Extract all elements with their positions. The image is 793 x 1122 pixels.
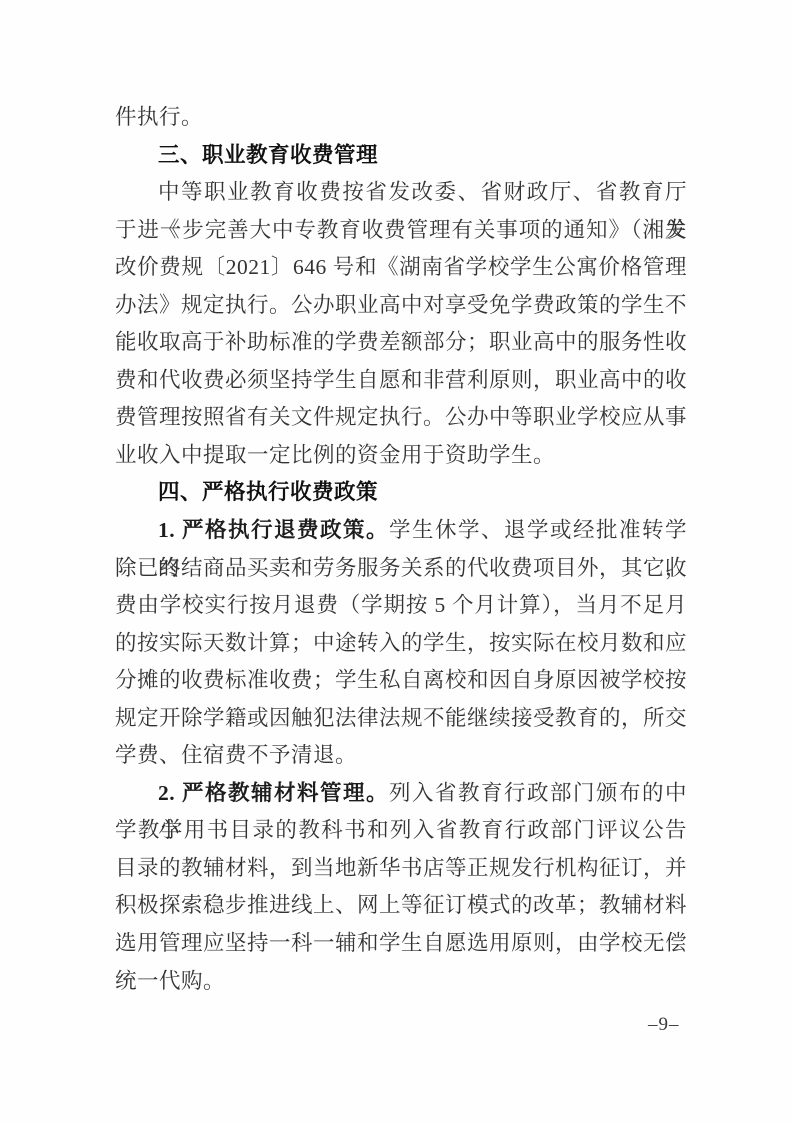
body-text: 规定开除学籍或因触犯法律法规不能继续接受教育的，所交 xyxy=(115,706,687,730)
text-line: 分摊的收费标准收费；学生私自离校和因自身原因被学校按 xyxy=(115,662,687,700)
section-heading: 四、严格执行收费政策 xyxy=(115,474,687,512)
document-content: 件执行。三、职业教育收费管理中等职业教育收费按省发改委、省财政厅、省教育厅《关于… xyxy=(115,99,687,1000)
text-line: 于进一步完善大中专教育收费管理有关事项的通知》（湘发 xyxy=(115,212,687,250)
text-line: 目录的教辅材料，到当地新华书店等正规发行机构征订，并 xyxy=(115,850,687,888)
body-text: 能收取高于补助标准的学费差额部分；职业高中的服务性收 xyxy=(115,330,687,354)
body-text: 积极探索稳步推进线上、网上等征订模式的改革；教辅材料 xyxy=(115,893,687,917)
body-text: 费管理按照省有关文件规定执行。公办中等职业学校应从事 xyxy=(115,405,687,429)
text-line: 件执行。 xyxy=(115,99,687,137)
list-item-line: 2. 严格教辅材料管理。列入省教育行政部门颁布的中小 xyxy=(115,775,687,813)
body-text: 费和代收费必须坚持学生自愿和非营利原则，职业高中的收 xyxy=(115,368,687,392)
body-text: 件执行。 xyxy=(115,105,203,129)
section-heading: 三、职业教育收费管理 xyxy=(115,137,687,175)
text-line: 费由学校实行按月退费（学期按 5 个月计算），当月不足月 xyxy=(115,587,687,625)
document-page: 件执行。三、职业教育收费管理中等职业教育收费按省发改委、省财政厅、省教育厅《关于… xyxy=(0,0,793,1122)
body-text: 目录的教辅材料，到当地新华书店等正规发行机构征订，并 xyxy=(115,856,687,880)
item-lead-text: 2. 严格教辅材料管理。 xyxy=(158,781,389,805)
body-text: 改价费规〔2021〕646 号和《湖南省学校学生公寓价格管理 xyxy=(115,255,687,279)
section-heading-text: 四、严格执行收费政策 xyxy=(158,480,378,504)
text-line: 费管理按照省有关文件规定执行。公办中等职业学校应从事 xyxy=(115,399,687,437)
text-line: 业收入中提取一定比例的资金用于资助学生。 xyxy=(115,437,687,475)
text-line: 办法》规定执行。公办职业高中对享受免学费政策的学生不 xyxy=(115,287,687,325)
body-text: 业收入中提取一定比例的资金用于资助学生。 xyxy=(115,443,555,467)
text-line: 除已终结商品买卖和劳务服务关系的代收费项目外，其它收 xyxy=(115,550,687,588)
text-line: 规定开除学籍或因触犯法律法规不能继续接受教育的，所交 xyxy=(115,700,687,738)
body-text: 除已终结商品买卖和劳务服务关系的代收费项目外，其它收 xyxy=(115,556,687,580)
body-text: 分摊的收费标准收费；学生私自离校和因自身原因被学校按 xyxy=(115,668,687,692)
body-text: 学费、住宿费不予清退。 xyxy=(115,743,357,767)
text-line: 中等职业教育收费按省发改委、省财政厅、省教育厅《关 xyxy=(115,174,687,212)
section-heading-text: 三、职业教育收费管理 xyxy=(158,143,378,167)
text-line: 选用管理应坚持一科一辅和学生自愿选用原则，由学校无偿 xyxy=(115,925,687,963)
page-number: –9– xyxy=(648,1014,680,1036)
list-item-line: 1. 严格执行退费政策。学生休学、退学或经批准转学的， xyxy=(115,512,687,550)
text-line: 积极探索稳步推进线上、网上等征订模式的改革；教辅材料 xyxy=(115,887,687,925)
text-line: 统一代购。 xyxy=(115,963,687,1001)
body-text: 费由学校实行按月退费（学期按 5 个月计算），当月不足月 xyxy=(115,593,687,617)
body-text: 办法》规定执行。公办职业高中对享受免学费政策的学生不 xyxy=(115,293,687,317)
body-text: 统一代购。 xyxy=(115,969,225,993)
item-lead-text: 1. 严格执行退费政策。 xyxy=(158,518,389,542)
text-line: 费和代收费必须坚持学生自愿和非营利原则，职业高中的收 xyxy=(115,362,687,400)
body-text: 选用管理应坚持一科一辅和学生自愿选用原则，由学校无偿 xyxy=(115,931,687,955)
text-line: 的按实际天数计算；中途转入的学生，按实际在校月数和应 xyxy=(115,625,687,663)
text-line: 改价费规〔2021〕646 号和《湖南省学校学生公寓价格管理 xyxy=(115,249,687,287)
body-text: 的按实际天数计算；中途转入的学生，按实际在校月数和应 xyxy=(115,631,687,655)
text-line: 学教学用书目录的教科书和列入省教育行政部门评议公告 xyxy=(115,812,687,850)
body-text: 于进一步完善大中专教育收费管理有关事项的通知》（湘发 xyxy=(115,218,687,242)
text-line: 能收取高于补助标准的学费差额部分；职业高中的服务性收 xyxy=(115,324,687,362)
text-line: 学费、住宿费不予清退。 xyxy=(115,737,687,775)
body-text: 学教学用书目录的教科书和列入省教育行政部门评议公告 xyxy=(115,818,687,842)
